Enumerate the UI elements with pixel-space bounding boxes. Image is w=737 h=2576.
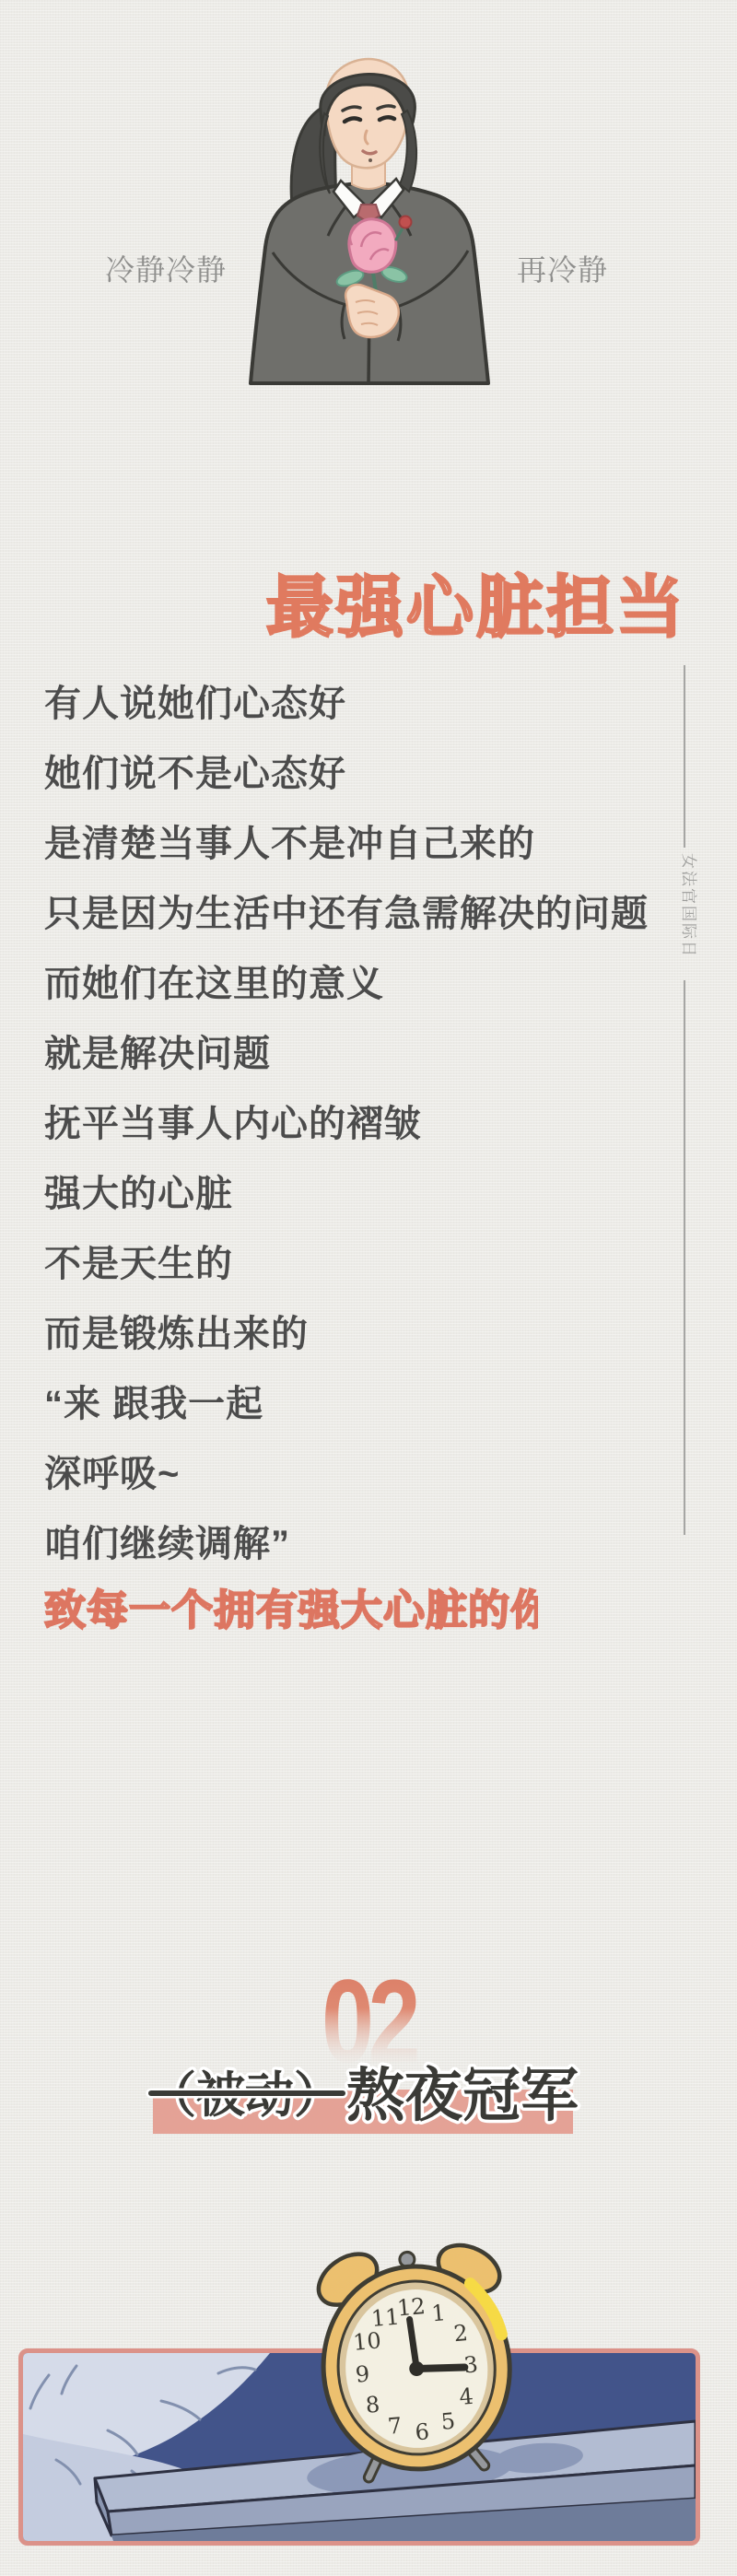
clock-number: 10 bbox=[352, 2327, 382, 2356]
clock-number: 9 bbox=[355, 2361, 371, 2388]
body-line: 是清楚当事人不是冲自己来的 bbox=[44, 805, 689, 875]
body-line: 不是天生的 bbox=[44, 1225, 689, 1295]
clock-number: 5 bbox=[440, 2408, 457, 2435]
flower-bud bbox=[400, 217, 412, 228]
body-text: 有人说她们心态好 她们说不是心态好 是清楚当事人不是冲自己来的 只是因为生活中还… bbox=[44, 665, 689, 1575]
body-line: 深呼吸~ bbox=[44, 1435, 689, 1505]
body-line: 她们说不是心态好 bbox=[44, 735, 689, 805]
side-rule-top bbox=[684, 665, 685, 848]
clock-number: 4 bbox=[458, 2383, 474, 2410]
body-line: 就是解决问题 bbox=[44, 1015, 689, 1085]
highlight-text: 致每一个拥有强大心脏的你 bbox=[41, 1579, 538, 1640]
alarm-clock-illustration: 12 1 2 3 4 5 6 7 8 9 10 11 bbox=[297, 2228, 536, 2486]
side-label: 女法官国际日 bbox=[667, 853, 702, 973]
clock-number: 7 bbox=[387, 2413, 404, 2440]
body-line: 而是锻炼出来的 bbox=[44, 1295, 689, 1365]
caption-right: 再冷静 bbox=[517, 247, 608, 289]
clock-number: 6 bbox=[414, 2418, 430, 2445]
body-line: 有人说她们心态好 bbox=[44, 665, 689, 735]
section2-subtitle: （被动） 熬夜冠军 bbox=[146, 2053, 597, 2130]
clock-number: 11 bbox=[370, 2303, 401, 2332]
poster: 冷静冷静 再冷静 最强心脏担当 有人说她们心态好 她们说不是心态好 是清楚当事人… bbox=[0, 0, 737, 2576]
clock-number: 2 bbox=[452, 2320, 469, 2347]
subtitle-main-text: 熬夜冠军 bbox=[346, 2064, 579, 2128]
body-line: 咱们继续调解” bbox=[44, 1505, 689, 1575]
caption-left: 冷静冷静 bbox=[105, 247, 227, 289]
body-line: 抚平当事人内心的褶皱 bbox=[44, 1085, 689, 1155]
body-line: “来 跟我一起 bbox=[44, 1365, 689, 1435]
side-rule-bottom bbox=[684, 980, 685, 1535]
woman-illustration bbox=[214, 26, 523, 394]
body-line: 只是因为生活中还有急需解决的问题 bbox=[44, 875, 689, 945]
clock-number: 1 bbox=[430, 2300, 447, 2326]
clock-number: 8 bbox=[365, 2392, 381, 2418]
flower-bloom bbox=[349, 219, 396, 272]
highlight-text-line: 致每一个拥有强大心脏的你 bbox=[44, 1587, 538, 1633]
section1-title-text: 最强心脏担当 bbox=[266, 570, 686, 645]
section1-title: 最强心脏担当 bbox=[258, 562, 696, 650]
body-line: 而她们在这里的意义 bbox=[44, 945, 689, 1015]
body-line: 强大的心脏 bbox=[44, 1155, 689, 1225]
